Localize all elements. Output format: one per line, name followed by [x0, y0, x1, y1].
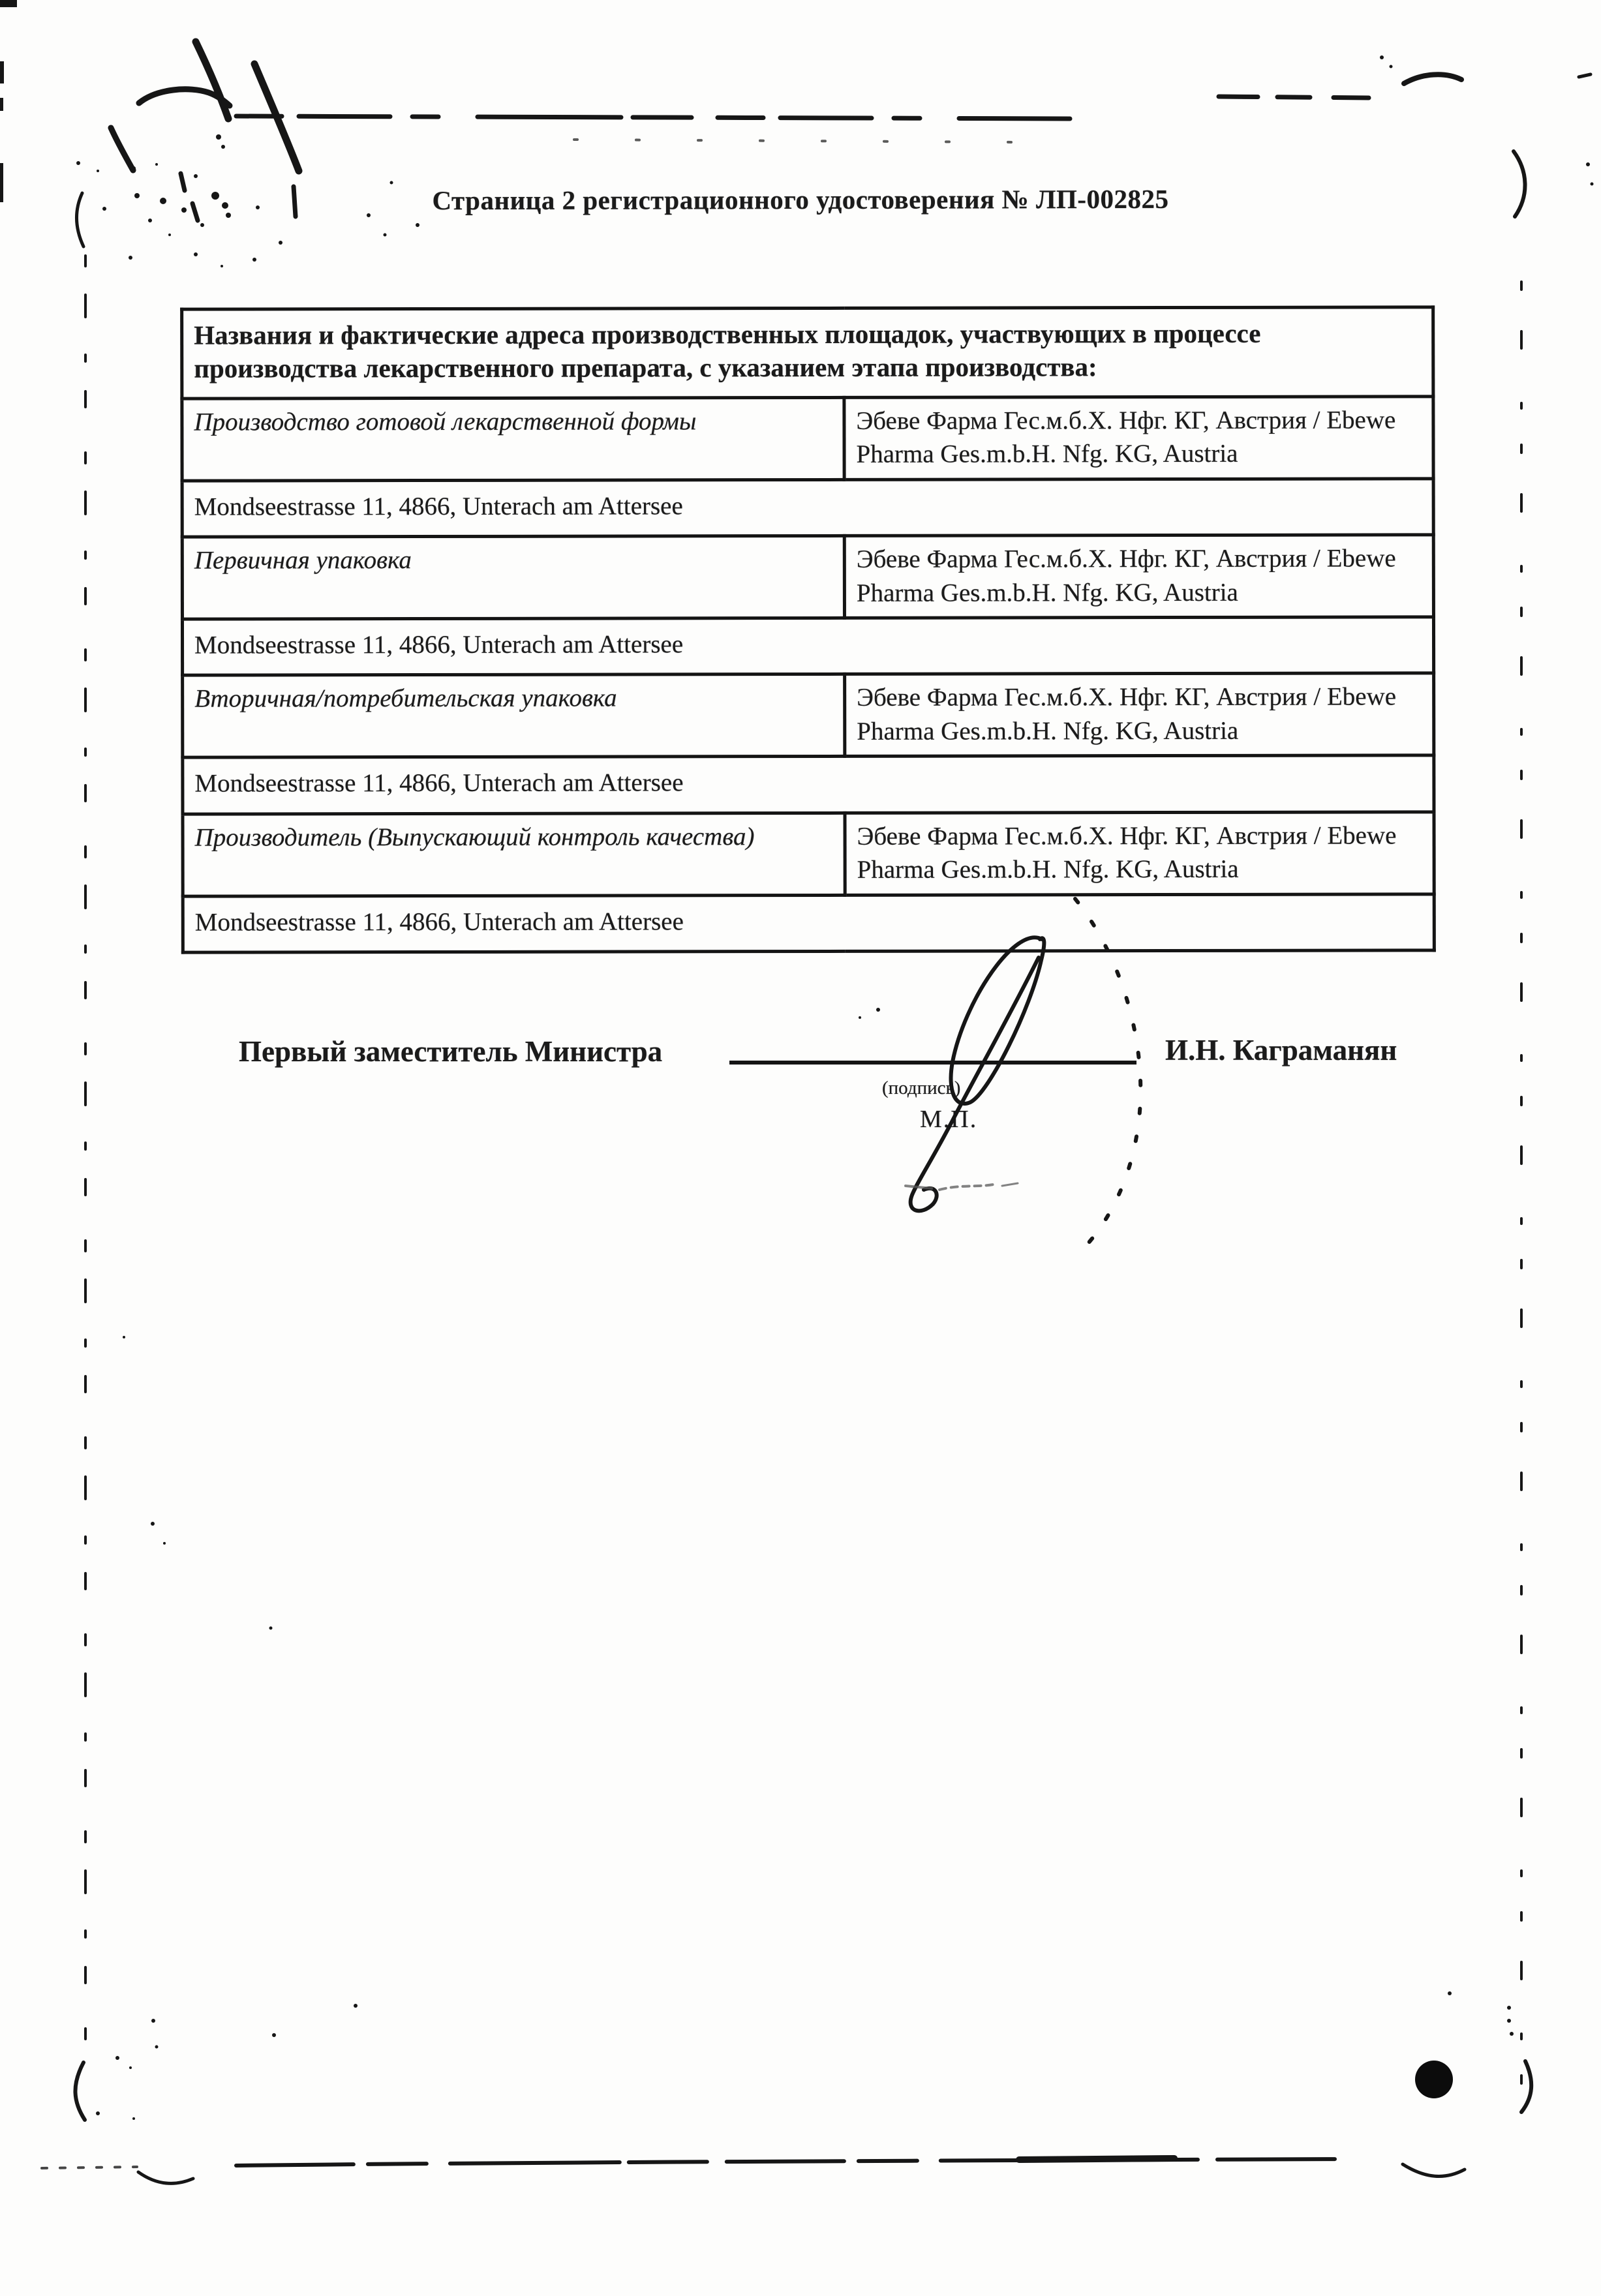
signature-scribble [911, 937, 1044, 1211]
faint-smudge [906, 1183, 1018, 1190]
stage-cell: Вторичная/потребительская упаковка [183, 674, 845, 758]
manufacturer-cell: Эбеве Фарма Гес.м.б.Х. Нфг. КГ, Австрия … [845, 812, 1434, 896]
table-row: Mondseestrasse 11, 4866, Unterach am Att… [182, 617, 1433, 676]
signature-caption: (подпись) [882, 1078, 960, 1099]
signer-position-label: Первый заместитель Министра [239, 1035, 662, 1068]
signer-name: И.Н. Каграманян [1165, 1033, 1397, 1067]
manufacturing-sites-table: Названия и фактические адреса производст… [180, 305, 1436, 954]
manufacturer-cell: Эбеве Фарма Гес.м.б.Х. Нфг. КГ, Австрия … [844, 535, 1433, 618]
address-cell: Mondseestrasse 11, 4866, Unterach am Att… [182, 617, 1433, 676]
table-header-cell: Названия и фактические адреса производст… [182, 307, 1433, 399]
table-row: Первичная упаковка Эбеве Фарма Гес.м.б.Х… [182, 535, 1433, 619]
address-cell: Mondseestrasse 11, 4866, Unterach am Att… [183, 894, 1434, 953]
diagonal-stroke [196, 42, 228, 119]
seal-placeholder-label: М.П. [920, 1105, 977, 1134]
table-row: Вторичная/потребительская упаковка Эбеве… [183, 673, 1434, 757]
table-row: Mondseestrasse 11, 4866, Unterach am Att… [183, 894, 1434, 953]
signature-line [729, 1061, 1136, 1065]
bottom-dashed-line [236, 2159, 1345, 2166]
stage-cell: Первичная упаковка [182, 536, 844, 619]
top-wavy-line [139, 89, 230, 106]
address-cell: Mondseestrasse 11, 4866, Unterach am Att… [182, 478, 1433, 537]
table-row: Mondseestrasse 11, 4866, Unterach am Att… [183, 755, 1434, 814]
stage-cell: Производитель (Выпускающий контроль каче… [183, 813, 845, 896]
scanned-document-page: { "page": { "title": "Страница 2 регистр… [0, 0, 1601, 2296]
table-row: Производство готовой лекарственной формы… [182, 396, 1433, 480]
scan-dot [1415, 2061, 1453, 2098]
manufacturer-cell: Эбеве Фарма Гес.м.б.Х. Нфг. КГ, Австрия … [844, 396, 1433, 479]
page-title: Страница 2 регистрационного удостоверени… [0, 182, 1601, 217]
diagonal-stroke [254, 64, 299, 171]
table-row: Производитель (Выпускающий контроль каче… [183, 812, 1434, 896]
left-paren-mark-bottom [75, 2062, 85, 2120]
right-paren-mark-bottom [1521, 2061, 1531, 2112]
top-dashed-line [236, 116, 1070, 119]
table-row: Mondseestrasse 11, 4866, Unterach am Att… [182, 478, 1433, 537]
address-cell: Mondseestrasse 11, 4866, Unterach am Att… [183, 755, 1434, 814]
stage-cell: Производство готовой лекарственной формы [182, 397, 844, 481]
table-header-row: Названия и фактические адреса производст… [182, 307, 1433, 399]
manufacturer-cell: Эбеве Фарма Гес.м.б.Х. Нфг. КГ, Австрия … [845, 673, 1434, 757]
corner-blob [0, 0, 17, 7]
